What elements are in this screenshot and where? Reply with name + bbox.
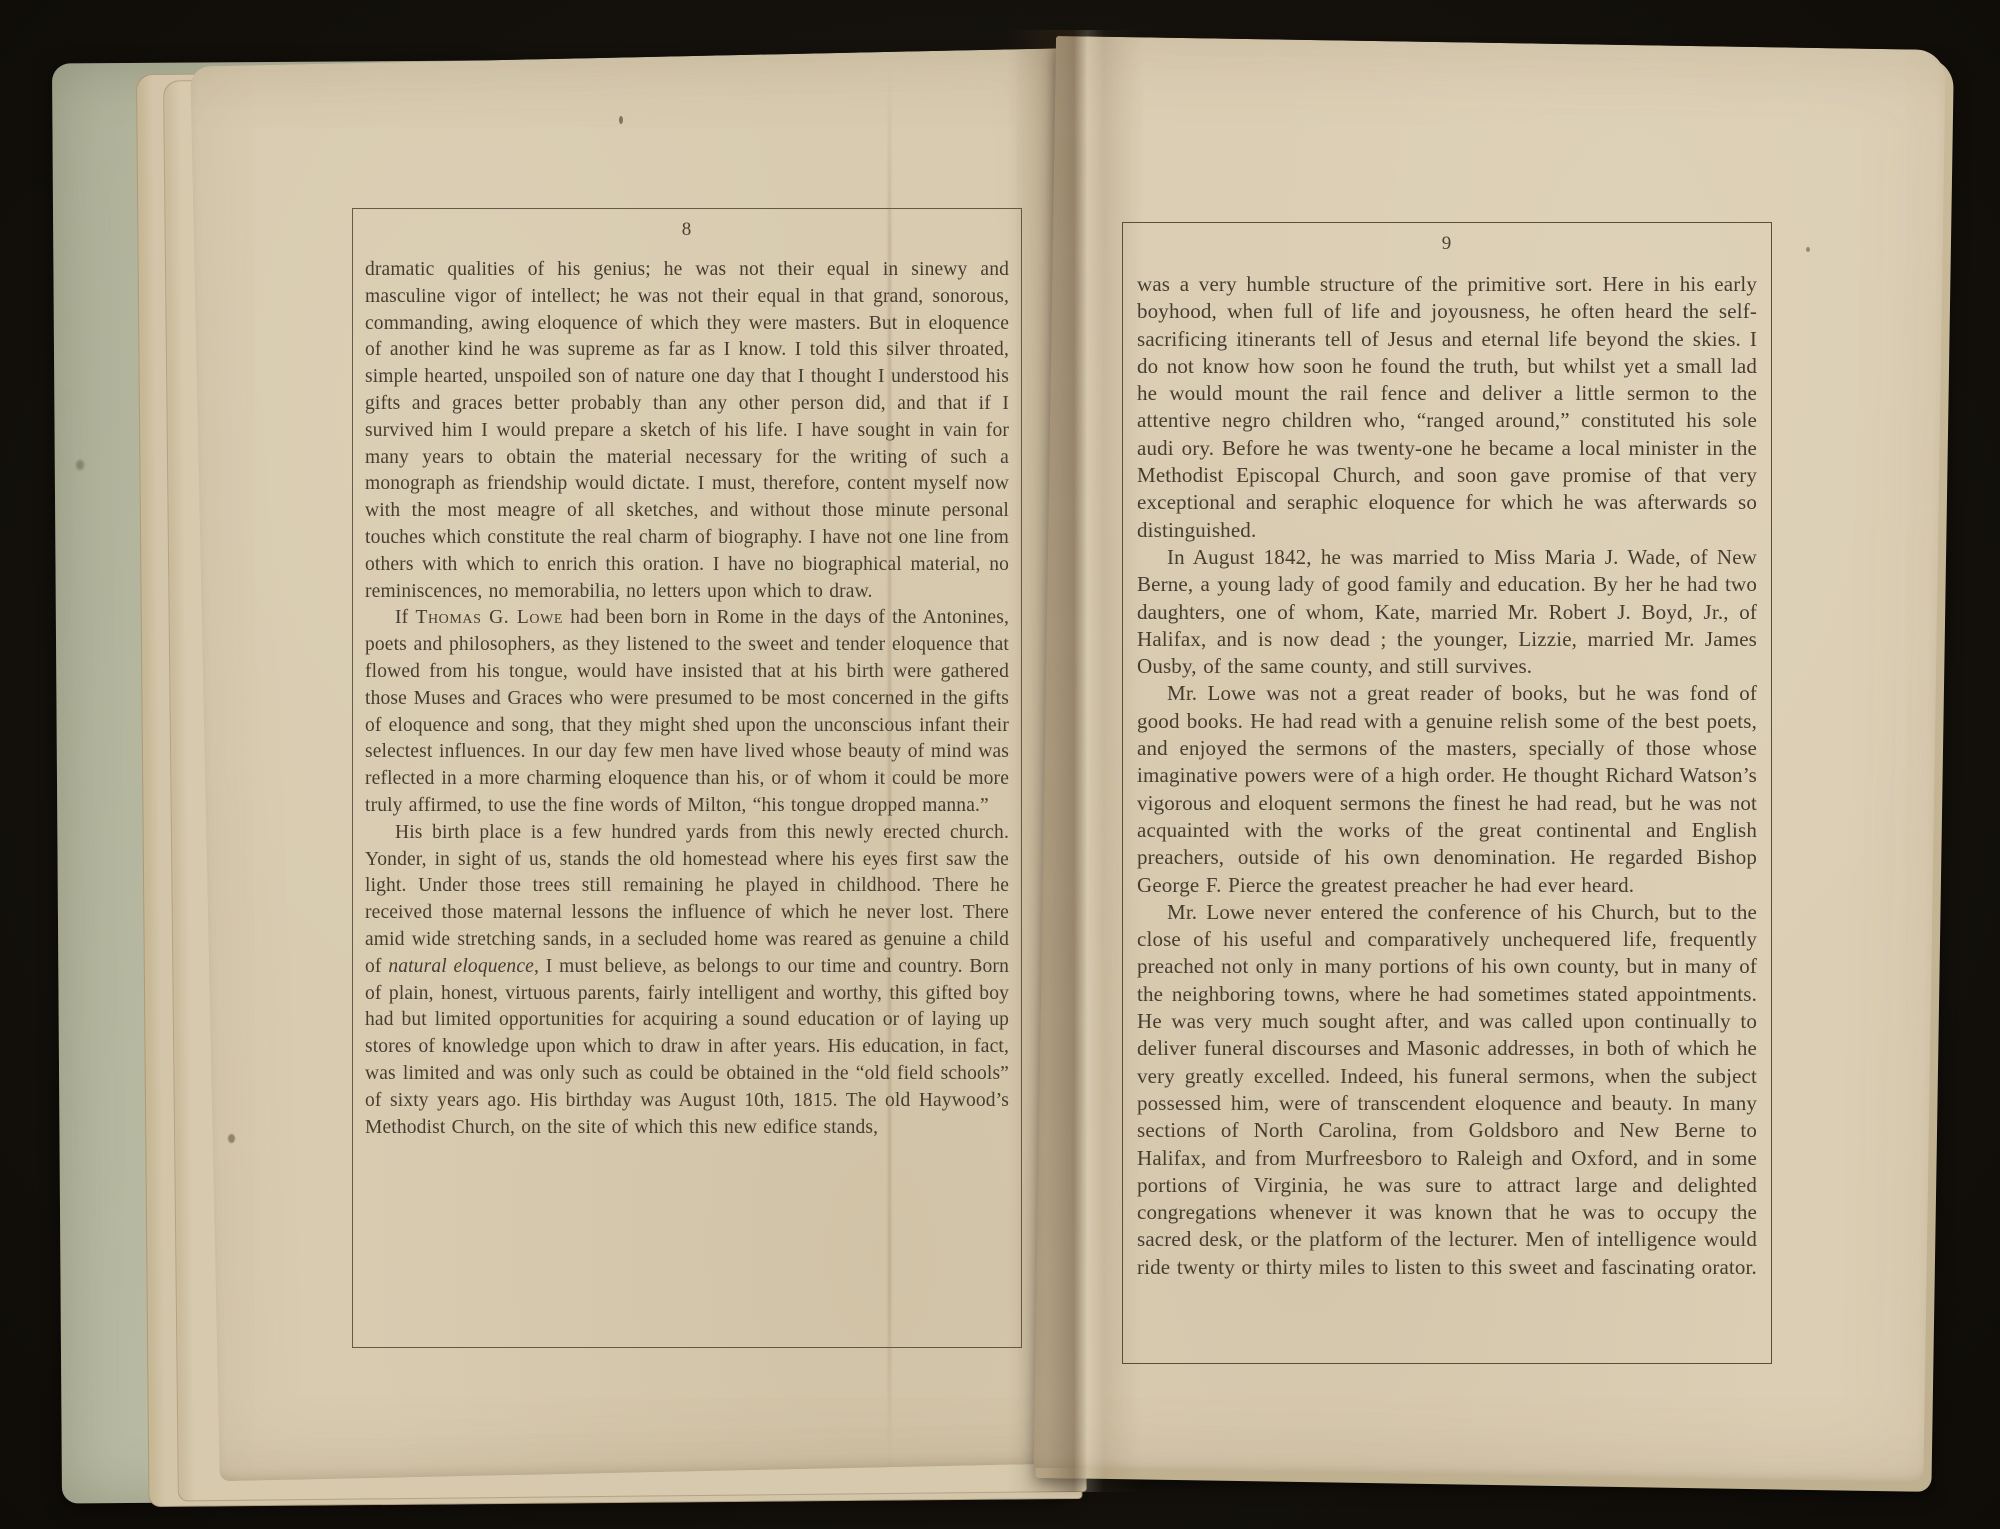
paragraph: dramatic qualities of his genius; he was… [365, 257, 1009, 605]
text-segment: was a very humble structure of the primi… [1137, 272, 1757, 542]
left-page-number: 8 [353, 209, 1021, 257]
paragraph: His birth place is a few hundred yards f… [365, 820, 1009, 1142]
text-segment: dramatic qualities of his genius; he was… [365, 259, 1009, 602]
text-segment: In August 1842, he was married to Miss M… [1137, 545, 1757, 678]
paragraph: If Thomas G. Lowe had been born in Rome … [365, 605, 1009, 819]
italic-phrase: natural eloquence [388, 956, 534, 977]
paragraph: In August 1842, he was married to Miss M… [1137, 544, 1757, 680]
text-segment: Mr. Lowe never entered the conference of… [1137, 900, 1757, 1279]
text-segment: had been born in Rome in the days of the… [365, 607, 1009, 816]
text-segment: , I must believe, as belongs to our time… [365, 956, 1009, 1138]
photo-background: 8 dramatic qualities of his genius; he w… [0, 0, 2000, 1529]
left-page-text-frame: 8 dramatic qualities of his genius; he w… [352, 208, 1022, 1348]
text-segment: His birth place is a few hundred yards f… [365, 822, 1009, 977]
text-segment: If [395, 607, 415, 628]
paragraph: was a very humble structure of the primi… [1137, 271, 1757, 544]
paragraph: Mr. Lowe never entered the conference of… [1137, 899, 1757, 1281]
paragraph: Mr. Lowe was not a great reader of books… [1137, 680, 1757, 898]
right-page-number: 9 [1123, 223, 1771, 271]
right-page-text-frame: 9 was a very humble structure of the pri… [1122, 222, 1772, 1364]
right-page-text: was a very humble structure of the primi… [1123, 271, 1771, 1281]
left-page-text: dramatic qualities of his genius; he was… [353, 257, 1021, 1141]
person-name-smallcaps: Thomas G. Lowe [415, 607, 563, 628]
text-segment: Mr. Lowe was not a great reader of books… [1137, 681, 1757, 896]
